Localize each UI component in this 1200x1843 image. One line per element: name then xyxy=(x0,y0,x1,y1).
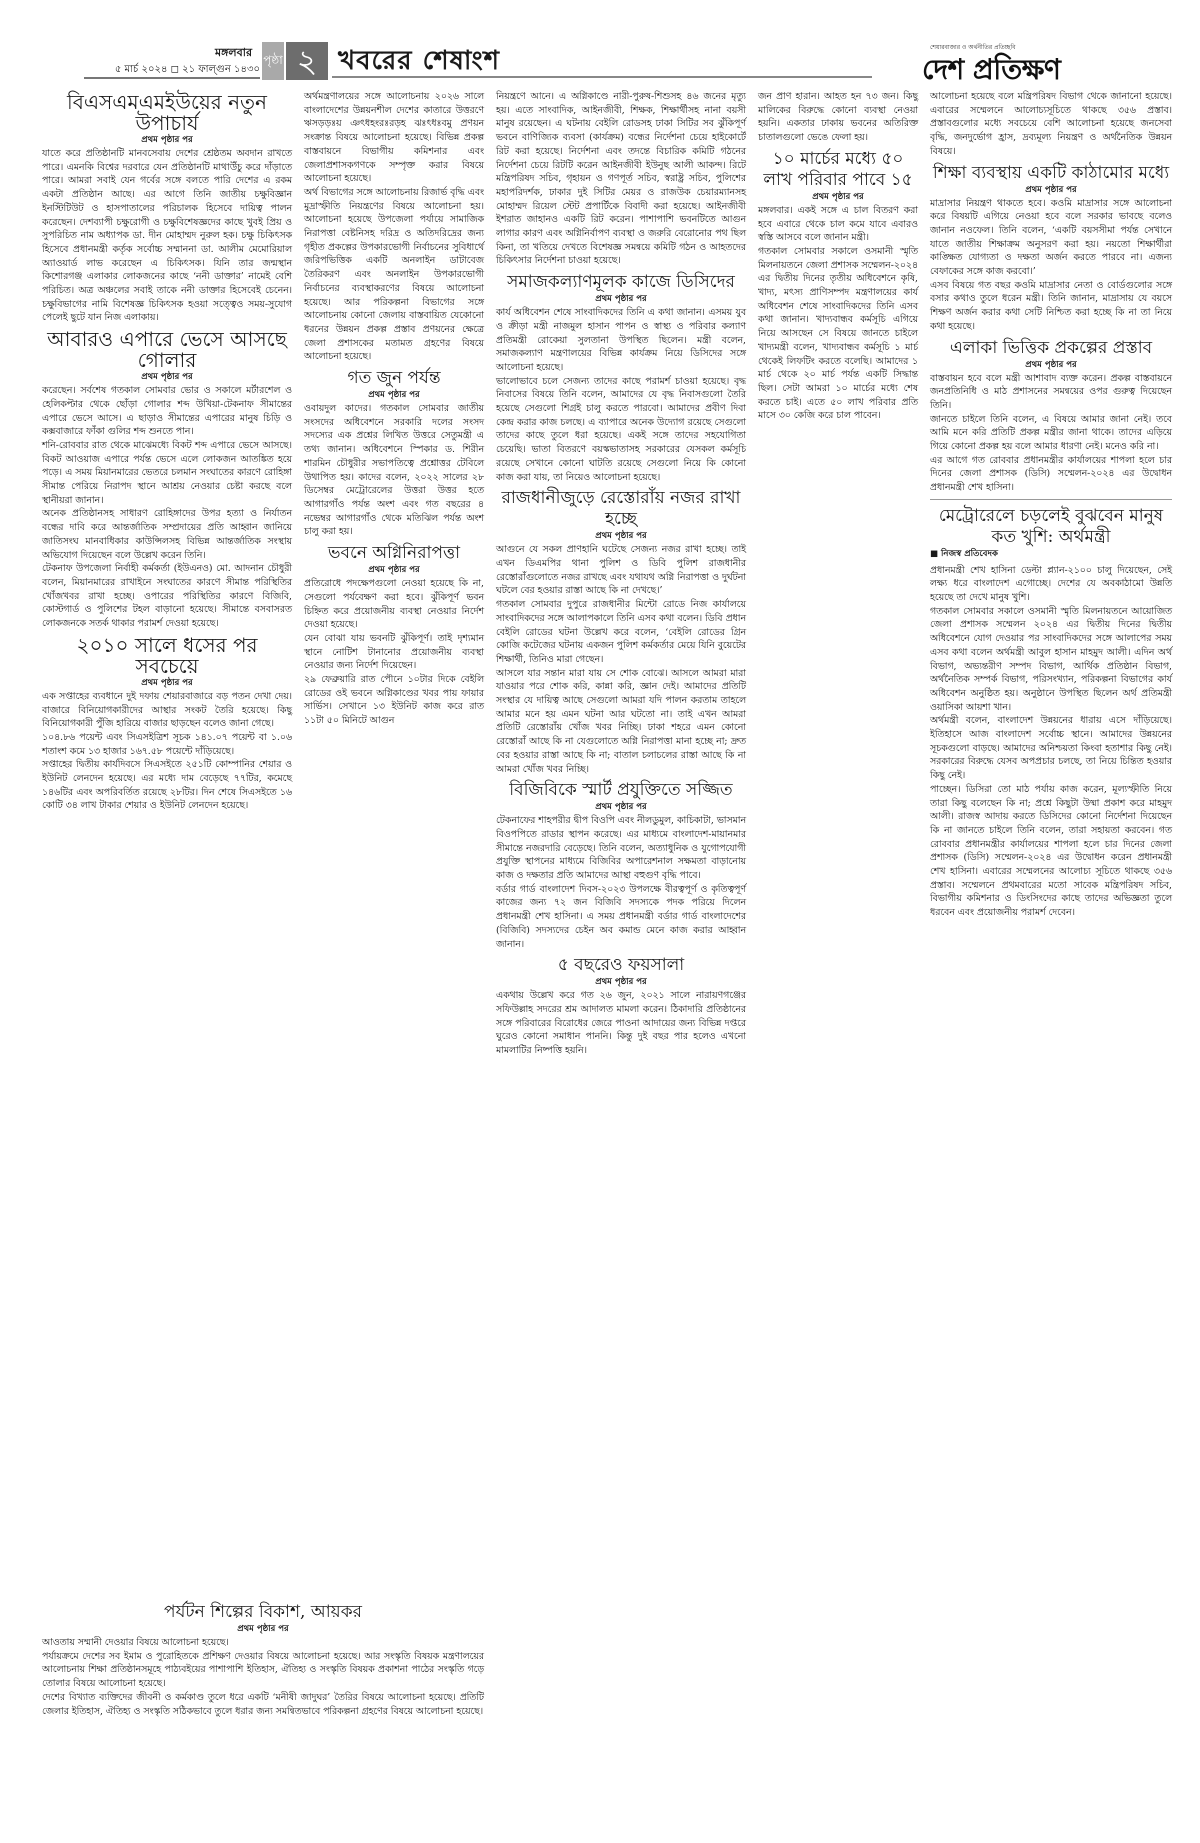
page-number: ২ xyxy=(286,42,328,80)
continued-label: প্রথম পৃষ্ঠার পর xyxy=(930,359,1172,371)
column-3: নিয়ন্ত্রণে আনে। এ অগ্নিকাণ্ডে নারী-পুরু… xyxy=(496,90,746,1062)
column-4: জন প্রাণ হারান। আহত হন ৭৩ জন। কিছু মালিক… xyxy=(758,90,918,427)
paragraph: বর্ডার গার্ড বাংলাদেশ দিবস-২০২৩ উপলক্ষে … xyxy=(496,883,746,952)
paragraph: সপ্তাহের দ্বিতীয় কার্যদিবসে সিএসইতে ২৫১… xyxy=(42,758,292,813)
story-ten-march-cont: জন প্রাণ হারান। আহত হন ৭৩ জন। কিছু মালিক… xyxy=(758,90,918,145)
paragraph: করেছেন। সর্বশেষ গতকাল সোমবার ভোর ও সকালে… xyxy=(42,384,292,439)
paragraph: মঙ্গলবার। একই সঙ্গে এ চাল বিতরণ করা হবে … xyxy=(758,204,918,245)
paragraph: এর আগে গত রোববার প্রধানমন্ত্রীর কার্যালয… xyxy=(930,454,1172,495)
story-social-welfare: সমাজকল্যাণমূলক কাজে ডিসিদের প্রথম পৃষ্ঠা… xyxy=(496,272,746,484)
story-fire-safety: ভবনে অগ্নিনিরাপত্তা প্রথম পৃষ্ঠার পর প্র… xyxy=(304,543,484,728)
headline: বিএসএমএমইউয়ের নতুন উপাচার্য xyxy=(42,92,292,134)
story-finance-cont: অর্থমন্ত্রণালয়ের সঙ্গে আলোচনায় ২০২৬ সা… xyxy=(304,90,484,364)
headline: আবারও এপারে ভেসে আসছে গোলার xyxy=(42,329,292,371)
paragraph: জানতে চাইলে তিনি বলেন, এ বিষয়ে আমার জান… xyxy=(930,413,1172,454)
headline: ১০ মার্চের মধ্যে ৫০ লাখ পরিবার পাবে ১৫ xyxy=(758,149,918,191)
paragraph: ২৯ ফেব্রুয়ারি রাত পৌনে ১০টার দিকে বেইলি… xyxy=(304,673,484,728)
paragraph: যাতে করে প্রতিষ্ঠানটি মানবসেবায় দেশের শ… xyxy=(42,147,292,325)
paragraph: আগুনে যে সকল প্রাণহানি ঘটেছে সেজন্য নজর … xyxy=(496,543,746,598)
story-bgb: বিজিবিকে স্মার্ট প্রযুক্তিতে সজ্জিত প্রথ… xyxy=(496,780,746,951)
story-metro: গত জুন পর্যন্ত প্রথম পৃষ্ঠার পর ওবায়দুল… xyxy=(304,368,484,539)
paragraph: ওবায়দুল কাদের। গতকাল সোমবার জাতীয় সংসদ… xyxy=(304,402,484,539)
paragraph: অর্থমন্ত্রণালয়ের সঙ্গে আলোচনায় ২০২৬ সা… xyxy=(304,90,484,186)
column-1: বিএসএমএমইউয়ের নতুন উপাচার্য প্রথম পৃষ্ঠ… xyxy=(42,90,292,817)
paragraph: গতকাল সোমবার সকালে ওসমানী স্মৃতি মিলনায়… xyxy=(930,605,1172,715)
story-five-years: ৫ বছরেও ফয়সালা প্রথম পৃষ্ঠার পর একথায় … xyxy=(496,955,746,1058)
masthead: মঙ্গলবার ৫ মার্চ ২০২৪ ◻ ২১ ফাল্গুন ১৪৩০ … xyxy=(42,40,1172,86)
headline: ২০১০ সালে ধসের পর সবচেয়ে xyxy=(42,635,292,677)
headline: গত জুন পর্যন্ত xyxy=(304,368,484,389)
headline: পর্যটন শিল্পের বিকাশ, আয়কর xyxy=(42,1602,484,1623)
story-bsmmu: বিএসএমএমইউয়ের নতুন উপাচার্য প্রথম পৃষ্ঠ… xyxy=(42,92,292,325)
story-ten-march: ১০ মার্চের মধ্যে ৫০ লাখ পরিবার পাবে ১৫ প… xyxy=(758,149,918,423)
paragraph: জন প্রাণ হারান। আহত হন ৭৩ জন। কিছু মালিক… xyxy=(758,90,918,145)
paragraph: কার্য অধিবেশন শেষে সাংবাদিকদের তিনি এ কথ… xyxy=(496,306,746,375)
headline: শিক্ষা ব্যবস্থায় একটি কাঠামোর মধ্যে xyxy=(930,163,1172,184)
headline: ভবনে অগ্নিনিরাপত্তা xyxy=(304,543,484,564)
paragraph: নিয়ন্ত্রণে আনে। এ অগ্নিকাণ্ডে নারী-পুরু… xyxy=(496,90,746,268)
paragraph: আওতায় সম্মানী দেওয়ার বিষয়ে আলোচনা হয়… xyxy=(42,1636,484,1650)
column-2: অর্থমন্ত্রণালয়ের সঙ্গে আলোচনায় ২০২৬ সা… xyxy=(304,90,484,732)
continued-label: প্রথম পৃষ্ঠার পর xyxy=(304,389,484,401)
continued-label: প্রথম পৃষ্ঠার পর xyxy=(42,677,292,689)
continued-label: প্রথম পৃষ্ঠার পর xyxy=(304,564,484,576)
continued-label: প্রথম পৃষ্ঠার পর xyxy=(496,530,746,542)
story-local-projects: এলাকা ভিত্তিক প্রকল্পের প্রস্তাব প্রথম প… xyxy=(930,338,1172,495)
newspaper-logo: দেশ প্রতিক্ষণ xyxy=(922,48,1060,95)
paragraph: শনি-রোববার রাত থেকে মাঝেমধ্যে বিকট শব্দ … xyxy=(42,439,292,508)
continued-label: প্রথম পৃষ্ঠার পর xyxy=(42,134,292,146)
continued-label: প্রথম পৃষ্ঠার পর xyxy=(758,191,918,203)
paragraph: যেন বোঝা যায় ভবনটি ঝুঁকিপূর্ণ। তাই দৃশ্… xyxy=(304,632,484,673)
paragraph: গতকাল সোমবার সকালে ওসমানী স্মৃতি মিলনায়… xyxy=(758,245,918,423)
page-label: পৃষ্ঠা xyxy=(262,42,284,80)
tourism-block: পর্যটন শিল্পের বিকাশ, আয়কর প্রথম পৃষ্ঠা… xyxy=(42,1600,484,1722)
paragraph: অনেক প্রতিষ্ঠানসহ সাধারণ রোহিঙ্গাদের উপর… xyxy=(42,507,292,562)
headline: সমাজকল্যাণমূলক কাজে ডিসিদের xyxy=(496,272,746,293)
headline: ৫ বছরেও ফয়সালা xyxy=(496,955,746,976)
story-market: ২০১০ সালে ধসের পর সবচেয়ে প্রথম পৃষ্ঠার … xyxy=(42,635,292,813)
paragraph: গতকাল সোমবার দুপুরে রাজধানীর মিন্টো রোডে… xyxy=(496,598,746,667)
paragraph: দেশের বিখ্যাত ব্যক্তিদের জীবনী ও কর্মকাণ… xyxy=(42,1691,484,1718)
continued-label: প্রথম পৃষ্ঠার পর xyxy=(42,371,292,383)
paragraph: টেকনাফ উপজেলা নির্বাহী কর্মকর্তা (ইউএনও)… xyxy=(42,562,292,631)
headline: মেট্রোরেলে চড়লেই বুঝবেন মানুষ কত খুশি: … xyxy=(930,506,1172,548)
story-fire-cont: নিয়ন্ত্রণে আনে। এ অগ্নিকাণ্ডে নারী-পুরু… xyxy=(496,90,746,268)
paragraph: প্রধানমন্ত্রী শেখ হাসিনা ডেল্টা প্ল্যান-… xyxy=(930,564,1172,605)
newspaper-page: মঙ্গলবার ৫ মার্চ ২০২৪ ◻ ২১ ফাল্গুন ১৪৩০ … xyxy=(42,40,1172,1820)
paragraph: টেকনাফের শাহপরীর দ্বীপ বিওপি এবং নীলডুমু… xyxy=(496,814,746,883)
story-mortar: আবারও এপারে ভেসে আসছে গোলার প্রথম পৃষ্ঠা… xyxy=(42,329,292,631)
divider xyxy=(84,77,260,79)
story-madrasa: শিক্ষা ব্যবস্থায় একটি কাঠামোর মধ্যে প্র… xyxy=(930,163,1172,334)
byline: ■ নিজস্ব প্রতিবেদক xyxy=(930,548,1172,562)
story-metro-rail: মেট্রোরেলে চড়লেই বুঝবেন মানুষ কত খুশি: … xyxy=(930,499,1172,920)
paragraph: এক সপ্তাহের ব্যবধানে দুই দফায় শেয়ারবাজ… xyxy=(42,690,292,731)
story-madrasa-cont: আলোচনা হয়েছে বলে মন্ত্রিপরিষদ বিভাগ থেক… xyxy=(930,90,1172,159)
paragraph: ১০৪.৮৬ পয়েন্ট এবং সিএসইত্রিশ সূচক ১৪১.০… xyxy=(42,731,292,758)
paragraph: পাচ্ছেন। ডিসিরা তো মাঠ পর্যায় কাজ করেন,… xyxy=(930,783,1172,920)
headline: বিজিবিকে স্মার্ট প্রযুক্তিতে সজ্জিত xyxy=(496,780,746,801)
paragraph: ভালোভাবে চলে সেজন্য তাদের কাছে পরামর্শ চ… xyxy=(496,375,746,485)
continued-label: প্রথম পৃষ্ঠার পর xyxy=(496,293,746,305)
paragraph: পর্যায়ক্রমে দেশের সব ইমাম ও পুরোহিতকে প… xyxy=(42,1650,484,1691)
headline: রাজধানীজুড়ে রেস্তোরাঁয় নজর রাখা হচ্ছে xyxy=(496,488,746,530)
continued-label: প্রথম পৃষ্ঠার পর xyxy=(42,1623,484,1635)
paragraph: একথায় উল্লেখ করে গত ২৬ জুন, ২০২১ সালে ন… xyxy=(496,989,746,1058)
paragraph: মাদ্রাসার নিয়ন্ত্রণ থাকতে হবে। কওমি মাদ… xyxy=(930,197,1172,279)
headline: এলাকা ভিত্তিক প্রকল্পের প্রস্তাব xyxy=(930,338,1172,359)
divider xyxy=(332,76,872,78)
column-5: আলোচনা হয়েছে বলে মন্ত্রিপরিষদ বিভাগ থেক… xyxy=(930,90,1172,924)
paragraph: অর্থ বিভাগের সঙ্গে আলোচনায় রিজার্ভ বৃদ্… xyxy=(304,186,484,364)
paragraph: বাস্তবায়ন হবে বলে মন্ত্রী আশাবাদ ব্যক্ত… xyxy=(930,372,1172,413)
story-tourism: পর্যটন শিল্পের বিকাশ, আয়কর প্রথম পৃষ্ঠা… xyxy=(42,1602,484,1718)
continued-label: প্রথম পৃষ্ঠার পর xyxy=(930,184,1172,196)
paragraph: আলোচনা হয়েছে বলে মন্ত্রিপরিষদ বিভাগ থেক… xyxy=(930,90,1172,159)
paragraph: প্রতিরোধে পদক্ষেপগুলো নেওয়া হয়েছে কি ন… xyxy=(304,577,484,632)
paragraph: অর্থমন্ত্রী বলেন, বাংলাদেশ উন্নয়নের ধার… xyxy=(930,714,1172,783)
paragraph: এসব বিষয়ে গত বছর কওমি মাদ্রাসার নেতা ও … xyxy=(930,279,1172,334)
continued-label: প্রথম পৃষ্ঠার পর xyxy=(496,976,746,988)
paragraph: আসলে যার সন্তান মারা যায় সে শোক বোঝে। আ… xyxy=(496,667,746,777)
story-restaurant: রাজধানীজুড়ে রেস্তোরাঁয় নজর রাখা হচ্ছে … xyxy=(496,488,746,776)
continued-label: প্রথম পৃষ্ঠার পর xyxy=(496,801,746,813)
day-label: মঙ্গলবার xyxy=(152,44,252,63)
